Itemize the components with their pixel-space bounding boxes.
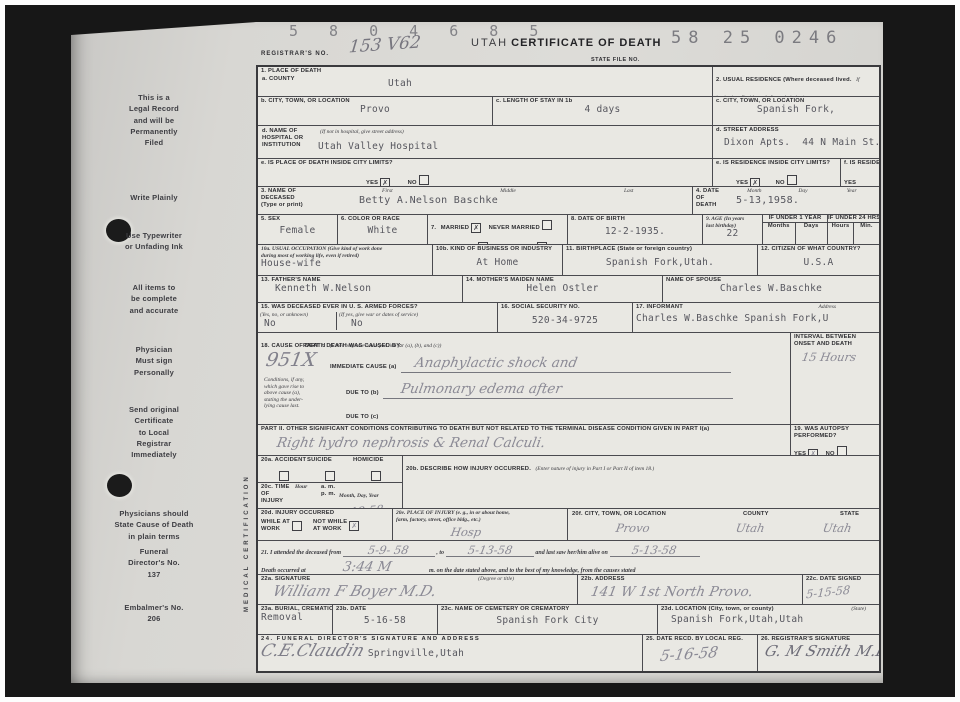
burial-date-value: 5-16-58 — [336, 616, 434, 627]
ampm-label: a. m. p. m. — [321, 484, 339, 507]
row-physician-signature: 22a. SIGNATURE (Degree or title) William… — [258, 575, 879, 605]
row-injury-manner: 20a. ACCIDENT SUICIDE HOMICIDE 20c. TIME… — [258, 456, 879, 509]
hours-label: Hours — [828, 223, 853, 244]
birthplace-value: Spanish Fork,Utah. — [566, 258, 754, 269]
while-at-work-checkbox — [292, 521, 302, 531]
death-occurred-text: Death occurred at — [261, 568, 306, 574]
usual-residence-label: 2. USUAL RESIDENCE (Where deceased lived… — [716, 77, 852, 83]
signature-note: (Degree or title) — [478, 576, 514, 583]
place-of-injury-label: 20e. PLACE OF INJURY (e. g., in or about… — [396, 510, 564, 523]
field-physician-signature: 22a. SIGNATURE (Degree or title) William… — [258, 575, 578, 604]
while-at-work-label: WHILE AT WORK — [261, 519, 290, 533]
burial-location-value: Spanish Fork,Utah,Utah — [671, 615, 876, 626]
immediate-cause-label: IMMEDIATE CAUSE (a) — [330, 364, 397, 370]
margin-note-typewriter: Use Typewriter or Unfading Ink — [79, 230, 229, 253]
burial-location-state-note: (State) — [851, 606, 866, 613]
photo-matte: This is a Legal Record and will be Perma… — [5, 5, 955, 697]
father-value: Kenneth W.Nelson — [275, 284, 459, 295]
field-length-of-stay: c. LENGTH OF STAY IN 1b 4 days — [493, 97, 713, 125]
length-of-stay-value: 4 days — [496, 105, 709, 116]
death-limits-no-checkbox — [419, 175, 429, 185]
field-cause-of-death: 18. CAUSE OF DEATH (Enter only one cause… — [258, 333, 791, 424]
field-citizen: 12. CITIZEN OF WHAT COUNTRY? U.S.A — [758, 245, 879, 275]
suicide-checkbox — [325, 471, 335, 481]
row-hospital-street: d. NAME OF HOSPITAL OR INSTITUTION (If n… — [258, 126, 879, 159]
certificate-paper: This is a Legal Record and will be Perma… — [71, 22, 883, 683]
field-date-of-death: 4. DATE OF DEATH Month Day Year 5-13,195… — [693, 187, 879, 214]
physician-address-handwritten: 141 W 1st North Provo. — [590, 585, 754, 599]
not-while-at-work-label: NOT WHILE AT WORK — [313, 519, 347, 533]
armed-forces-left: (Yes, no, or unknown) No — [258, 312, 336, 330]
dob-value: 12-2-1935. — [571, 227, 699, 238]
field-name-of-deceased: 3. NAME OF DECEASED (Type or print) Firs… — [258, 187, 693, 214]
name-label: 3. NAME OF DECEASED (Type or print) — [261, 188, 327, 213]
attended-from-handwritten: 5-9- 58 — [367, 544, 410, 556]
row-cause-of-death: 18. CAUSE OF DEATH (Enter only one cause… — [258, 333, 879, 425]
never-married-checkbox — [542, 220, 552, 230]
death-time-handwritten: 3:44 M — [342, 560, 393, 574]
informant-address-label: Address — [818, 304, 836, 311]
no-label: NO — [776, 180, 785, 186]
registrar-signature-handwritten: G. M Smith M.D. — [763, 644, 879, 660]
field-industry: 10b. KIND OF BUSINESS OR INDUSTRY At Hom… — [433, 245, 563, 275]
row-footer: 24. FUNERAL DIRECTOR'S SIGNATURE AND ADD… — [258, 635, 879, 671]
field-residence-farm: f. IS RESIDENCE ON A FARM? YES NO✗ — [841, 159, 879, 186]
field-describe-injury: 20b. DESCRIBE HOW INJURY OCCURRED. (Ente… — [403, 456, 879, 508]
not-while-at-work-checkbox: ✗ — [349, 521, 359, 531]
funeral-director-address: Springville,Utah — [368, 648, 464, 659]
margin-note-funeral-director-no: Funeral Director's No. 137 — [79, 546, 229, 580]
year-label: Year — [827, 188, 876, 195]
attended-to-handwritten: 5-13-58 — [466, 544, 512, 556]
autopsy-no-checkbox — [837, 446, 847, 455]
month-label: Month — [730, 188, 779, 195]
spouse-value: Charles W.Baschke — [666, 284, 876, 295]
dod-value: 5-13,1958. — [736, 195, 876, 207]
due-to-c-label: DUE TO (c) — [346, 414, 379, 420]
field-attended: 21. I attended the deceased from 5-9- 58… — [258, 541, 879, 574]
field-burial-date: 23b. DATE 5-16-58 — [333, 605, 438, 634]
row-parents-spouse: 13. FATHER'S NAME Kenneth W.Nelson 14. M… — [258, 276, 879, 303]
field-injury-city: 20f. CITY, TOWN, OR LOCATION COUNTY STAT… — [568, 509, 879, 540]
accident-checkbox — [279, 471, 289, 481]
field-residence-city: c. CITY, TOWN, OR LOCATION Spanish Fork, — [713, 97, 879, 125]
margin-note-send-original: Send original Certificate to Local Regis… — [79, 404, 229, 460]
injury-date-handwritten: 5-13-58 — [339, 503, 384, 508]
field-street-address: d. STREET ADDRESS Dixon Apts. 44 N Main … — [713, 126, 879, 158]
row-city-limits: e. IS PLACE OF DEATH INSIDE CITY LIMITS?… — [258, 159, 879, 187]
county-label: a. COUNTY — [262, 76, 295, 83]
field-usual-residence: 2. USUAL RESIDENCE (Where deceased lived… — [713, 67, 879, 96]
attended-text-a: 21. I attended the deceased from — [261, 550, 341, 556]
field-spouse: NAME OF SPOUSE Charles W.Baschke — [663, 276, 879, 302]
sex-label: 5. SEX — [261, 216, 334, 223]
row-attended: 21. I attended the deceased from 5-9- 58… — [258, 541, 879, 575]
state-file-no-stamp: 58 25 0246 — [671, 28, 843, 48]
mother-value: Helen Ostler — [466, 284, 659, 295]
hole-punch-bottom — [107, 474, 132, 497]
field-residence-city-limits: e. IS RESIDENCE INSIDE CITY LIMITS? YES✗… — [713, 159, 841, 186]
field-cemetery: 23c. NAME OF CEMETERY OR CREMATORY Spani… — [438, 605, 658, 634]
row-name-dod: 3. NAME OF DECEASED (Type or print) Firs… — [258, 187, 879, 215]
field-death-city: b. CITY, TOWN, OR LOCATION Provo — [258, 97, 493, 125]
field-registrar-signature: 26. REGISTRAR'S SIGNATURE G. M Smith M.D… — [758, 635, 879, 671]
cause-a-handwritten: Anaphylactic shock and — [414, 356, 579, 370]
row-burial: 23a. BURIAL, CREMATION, REMOVAL (Specify… — [258, 605, 879, 635]
describe-injury-label: 20b. DESCRIBE HOW INJURY OCCURRED. — [406, 466, 531, 472]
field-burial-location: 23d. LOCATION (City, town, or county) (S… — [658, 605, 879, 634]
ssn-label: 16. SOCIAL SECURITY NO. — [501, 304, 629, 311]
field-physician-address: 22b. ADDRESS 141 W 1st North Provo. — [578, 575, 803, 604]
mdy-label: Month, Day, Year — [339, 493, 379, 499]
autopsy-label: 19. WAS AUTOPSY PERFORMED? — [794, 426, 876, 440]
death-city-limits-label: e. IS PLACE OF DEATH INSIDE CITY LIMITS? — [261, 160, 709, 167]
title-state: UTAH — [471, 37, 508, 49]
row-city-stay: b. CITY, TOWN, OR LOCATION Provo c. LENG… — [258, 97, 879, 126]
place-of-death-label: 1. PLACE OF DEATH — [261, 68, 709, 75]
injury-city-label: 20f. CITY, TOWN, OR LOCATION — [572, 511, 666, 518]
field-father: 13. FATHER'S NAME Kenneth W.Nelson — [258, 276, 463, 302]
married-checkbox: ✗ — [471, 223, 481, 233]
industry-label: 10b. KIND OF BUSINESS OR INDUSTRY — [436, 246, 559, 253]
attended-text-b: , to — [436, 550, 444, 556]
margin-note-legal-record: This is a Legal Record and will be Perma… — [79, 92, 229, 148]
yes-label: YES — [366, 180, 378, 186]
field-death-city-limits: e. IS PLACE OF DEATH INSIDE CITY LIMITS?… — [258, 159, 713, 186]
cemetery-label: 23c. NAME OF CEMETERY OR CREMATORY — [441, 606, 654, 613]
burial-type-value: Removal — [261, 613, 329, 624]
date-received-handwritten: 5-16-58 — [659, 645, 720, 665]
funeral-director-signature: C.E.Claudin — [258, 643, 366, 661]
paper-corner-shadow — [71, 22, 256, 35]
field-burial-type: 23a. BURIAL, CREMATION, REMOVAL (Specify… — [258, 605, 333, 634]
race-value: White — [341, 226, 424, 237]
injury-left-stack: 20a. ACCIDENT SUICIDE HOMICIDE 20c. TIME… — [258, 456, 403, 508]
row-injury-place: 20d. INJURY OCCURRED WHILE AT WORK NOT W… — [258, 509, 879, 541]
no-label: NO — [408, 180, 417, 186]
no-label: NO — [826, 451, 835, 455]
margin-note-plain-terms: Physicians should State Cause of Death i… — [79, 508, 229, 542]
row-place-residence: 1. PLACE OF DEATH a. COUNTY Utah 2. USUA… — [258, 67, 879, 97]
medical-certification-vertical-label: MEDICAL CERTIFICATION — [244, 357, 250, 612]
death-occurred-text-2: m. on the date stated above, and to the … — [429, 568, 636, 574]
dob-label: 8. DATE OF BIRTH — [571, 216, 699, 223]
months-label: Months — [763, 223, 795, 244]
homicide-label: HOMICIDE — [353, 457, 399, 464]
field-mother: 14. MOTHER'S MAIDEN NAME Helen Ostler — [463, 276, 663, 302]
middle-label: Middle — [448, 188, 569, 195]
field-birthplace: 11. BIRTHPLACE (State or foreign country… — [563, 245, 758, 275]
state-file-no-label: STATE FILE NO. — [591, 57, 640, 63]
injury-state-label: STATE — [840, 511, 859, 518]
field-occupation: 10a. USUAL OCCUPATION (Give kind of work… — [258, 245, 433, 275]
yes-label: YES — [794, 451, 806, 455]
occupation-value: House-wife — [261, 259, 429, 270]
place-of-injury-handwritten: Hosp — [450, 526, 482, 538]
hospital-value: Utah Valley Hospital — [318, 142, 438, 153]
describe-injury-note: (Enter nature of injury in Part I or Par… — [535, 466, 654, 472]
field-ssn: 16. SOCIAL SECURITY NO. 520-34-9725 — [498, 303, 633, 332]
field-autopsy: 19. WAS AUTOPSY PERFORMED? YES✗ NO — [791, 425, 879, 455]
margin-note-physician-sign: Physician Must sign Personally — [79, 344, 229, 378]
field-part2: PART II. OTHER SIGNIFICANT CONDITIONS CO… — [258, 425, 791, 455]
burial-date-label: 23b. DATE — [336, 606, 434, 613]
res-limits-no-checkbox — [787, 175, 797, 185]
field-under-24-hrs: IF UNDER 24 HRS. Hours Min. — [828, 215, 879, 244]
residence-farm-label: f. IS RESIDENCE ON A FARM? — [844, 160, 876, 167]
field-hospital: d. NAME OF HOSPITAL OR INSTITUTION (If n… — [258, 126, 713, 158]
injury-city-handwritten: Provo — [615, 522, 651, 534]
field-race: 6. COLOR OR RACE White — [338, 215, 428, 244]
married-label: MARRIED — [441, 225, 469, 231]
field-time-of-injury: 20c. TIME OF INJURY Hour a. m. p. m. Mon… — [258, 483, 402, 508]
field-date-received: 25. DATE RECD. BY LOCAL REG. 5-16-58 — [643, 635, 758, 671]
birthplace-label: 11. BIRTHPLACE (State or foreign country… — [566, 246, 754, 253]
hospital-label: d. NAME OF HOSPITAL OR INSTITUTION — [262, 128, 303, 150]
days-label: Days — [795, 223, 828, 244]
field-funeral-director: 24. FUNERAL DIRECTOR'S SIGNATURE AND ADD… — [258, 635, 643, 671]
residence-city-value: Spanish Fork, — [716, 105, 876, 116]
physician-signature-handwritten: William F Boyer M.D. — [271, 584, 439, 600]
sex-value: Female — [261, 226, 334, 237]
field-under-1-year: IF UNDER 1 YEAR Months Days — [763, 215, 828, 244]
never-married-label: NEVER MARRIED — [489, 225, 540, 231]
county-value: Utah — [388, 79, 412, 90]
field-sex: 5. SEX Female — [258, 215, 338, 244]
item7-label: 7. — [431, 225, 436, 231]
informant-label: 17. INFORMANT — [636, 304, 683, 311]
ssn-value: 520-34-9725 — [501, 316, 629, 327]
attended-last-handwritten: 5-13-58 — [631, 544, 677, 556]
injury-occurred-label: 20d. INJURY OCCURRED — [261, 510, 389, 517]
min-label: Min. — [853, 223, 879, 244]
date-signed-label: 22c. DATE SIGNED — [806, 576, 876, 583]
injury-state-handwritten: Utah — [822, 522, 853, 534]
residence-city-limits-label: e. IS RESIDENCE INSIDE CITY LIMITS? — [716, 160, 837, 167]
field-marital-status: 7. MARRIED✗ NEVER MARRIED WIDOWED DIVORC… — [428, 215, 568, 244]
row-forces-ssn-informant: 15. WAS DECEASED EVER IN U. S. ARMED FOR… — [258, 303, 879, 333]
res-limits-yes-checkbox: ✗ — [750, 178, 760, 186]
certificate-title: UTAHCERTIFICATE OF DEATH — [471, 37, 662, 49]
autopsy-yes-checkbox: ✗ — [808, 449, 818, 455]
hospital-note: (If not in hospital, give street address… — [320, 129, 404, 136]
injury-county-label: COUNTY — [743, 511, 769, 518]
row-sex-race-marital: 5. SEX Female 6. COLOR OR RACE White 7. … — [258, 215, 879, 245]
cause-b-handwritten: Pulmonary edema after — [400, 382, 563, 396]
citizen-value: U.S.A — [761, 258, 876, 269]
under-1-year-label: IF UNDER 1 YEAR — [763, 215, 827, 222]
armed-forces-value2: No — [337, 319, 497, 330]
date-received-label: 25. DATE RECD. BY LOCAL REG. — [646, 636, 754, 643]
race-label: 6. COLOR OR RACE — [341, 216, 424, 223]
cause-code-handwritten: 951X — [264, 351, 317, 371]
last-label: Last — [568, 188, 689, 195]
field-place-of-death-county: 1. PLACE OF DEATH a. COUNTY Utah — [258, 67, 713, 96]
street-address-value: Dixon Apts. 44 N Main St. — [724, 138, 876, 149]
due-to-b-label: DUE TO (b) — [346, 390, 379, 396]
dod-label: 4. DATE OF DEATH — [696, 188, 730, 213]
field-accident-suicide-homicide: 20a. ACCIDENT SUICIDE HOMICIDE — [258, 456, 402, 483]
death-limits-yes-checkbox: ✗ — [380, 178, 390, 186]
title-main: CERTIFICATE OF DEATH — [511, 37, 661, 49]
time-of-injury-label: 20c. TIME OF INJURY — [261, 484, 295, 507]
day-label: Day — [779, 188, 828, 195]
suicide-label: SUICIDE — [307, 457, 353, 464]
address-label: 22b. ADDRESS — [581, 576, 799, 583]
row-occupation: 10a. USUAL OCCUPATION (Give kind of work… — [258, 245, 879, 276]
margin-note-complete: All items to be complete and accurate — [79, 282, 229, 316]
death-city-value: Provo — [261, 105, 489, 116]
date-signed-handwritten: 5-15-58 — [806, 584, 851, 601]
field-place-of-injury: 20e. PLACE OF INJURY (e. g., in or about… — [393, 509, 568, 540]
armed-forces-label: 15. WAS DECEASED EVER IN U. S. ARMED FOR… — [258, 303, 497, 312]
burial-location-label: 23d. LOCATION (City, town, or county) — [661, 606, 774, 613]
hour-label: Hour — [295, 484, 321, 507]
field-informant: 17. INFORMANT Address Charles W.Baschke … — [633, 303, 879, 332]
armed-forces-right: (If yes, give war or dates of service) N… — [336, 312, 497, 330]
field-date-signed: 22c. DATE SIGNED 5-15-58 — [803, 575, 879, 604]
row-part2-autopsy: PART II. OTHER SIGNIFICANT CONDITIONS CO… — [258, 425, 879, 456]
field-interval: INTERVAL BETWEEN ONSET AND DEATH 15 Hour… — [791, 333, 879, 424]
interval-value-handwritten: 15 Hours — [801, 351, 857, 363]
part2-handwritten: Right hydro nephrosis & Renal Calculi. — [276, 436, 547, 450]
margin-note-write-plainly: Write Plainly — [79, 192, 229, 203]
widowed-checkbox — [478, 242, 488, 244]
industry-value: At Home — [436, 258, 559, 269]
field-date-of-birth: 8. DATE OF BIRTH 12-2-1935. — [568, 215, 703, 244]
registrar-no-value: 153 V62 — [348, 32, 422, 57]
street-address-label: d. STREET ADDRESS — [716, 127, 876, 134]
conditions-note: Conditions, if any, which gave rise to a… — [264, 377, 304, 410]
divorced-checkbox — [537, 242, 547, 244]
field-age: 9. AGE (In years last birthday) 22 — [703, 215, 763, 244]
citizen-label: 12. CITIZEN OF WHAT COUNTRY? — [761, 246, 876, 253]
yes-label: YES — [844, 180, 856, 186]
informant-value: Charles W.Baschke Spanish Fork,U — [636, 314, 876, 325]
attended-text-c: and last saw her/him alive on — [535, 550, 608, 556]
field-injury-occurred: 20d. INJURY OCCURRED WHILE AT WORK NOT W… — [258, 509, 393, 540]
age-value: 22 — [706, 229, 759, 240]
first-label: First — [327, 188, 448, 195]
armed-forces-value1: No — [258, 319, 336, 330]
field-armed-forces: 15. WAS DECEASED EVER IN U. S. ARMED FOR… — [258, 303, 498, 332]
accident-label: 20a. ACCIDENT — [261, 457, 307, 464]
cemetery-value: Spanish Fork City — [441, 616, 654, 627]
certificate-form: 1. PLACE OF DEATH a. COUNTY Utah 2. USUA… — [256, 65, 881, 673]
injury-county-handwritten: Utah — [735, 522, 766, 534]
under-24-label: IF UNDER 24 HRS. — [828, 215, 879, 222]
margin-note-embalmer-no: Embalmer's No. 206 — [79, 602, 229, 625]
registrar-no-label: REGISTRAR'S NO. — [261, 51, 329, 57]
yes-label: YES — [736, 180, 748, 186]
name-value: Betty A.Nelson Baschke — [359, 195, 689, 207]
part2-label: PART II. OTHER SIGNIFICANT CONDITIONS CO… — [261, 426, 787, 433]
interval-label: INTERVAL BETWEEN ONSET AND DEATH — [794, 334, 876, 348]
homicide-checkbox — [371, 471, 381, 481]
